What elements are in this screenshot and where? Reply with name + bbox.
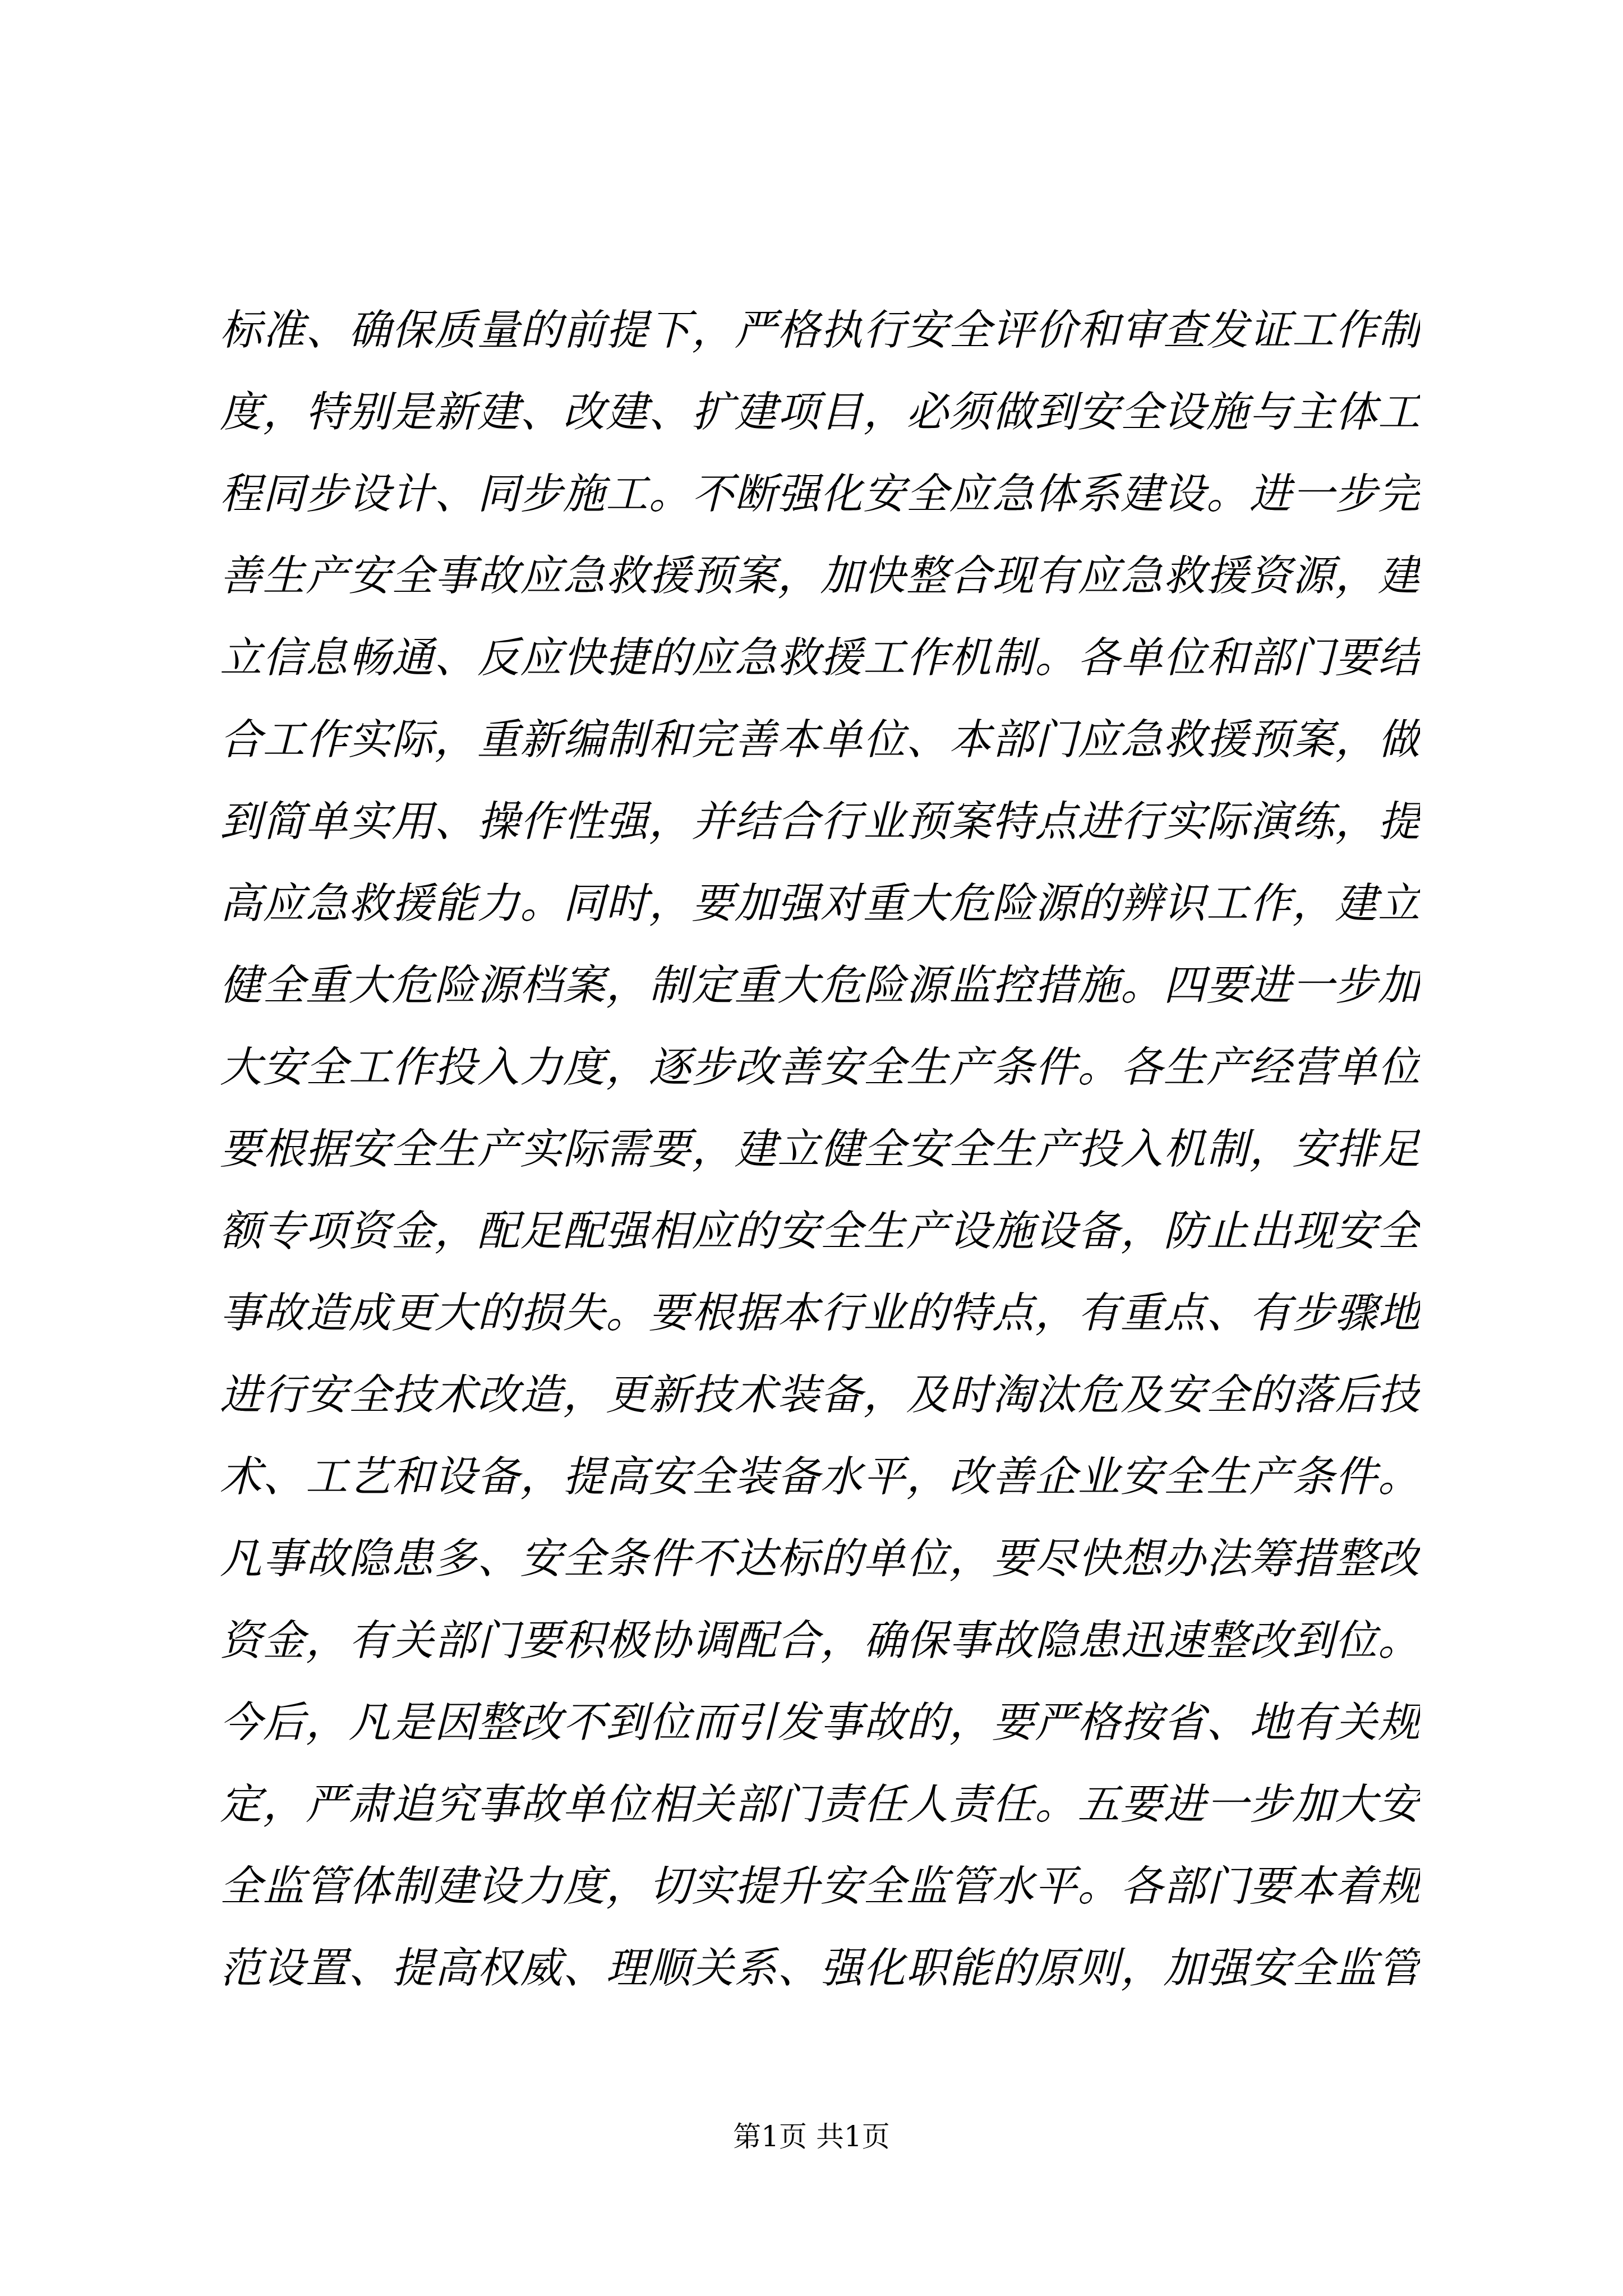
text-line: 资金，有关部门要积极协调配合，确保事故隐患迅速整改到位。 [220,1599,1420,1681]
body-text-block: 标准、确保质量的前提下，严格执行安全评价和审查发证工作制 度，特别是新建、改建、… [220,289,1420,2009]
text-line: 凡事故隐患多、安全条件不达标的单位，要尽快想办法筹措整改 [220,1517,1420,1599]
text-line: 事故造成更大的损失。要根据本行业的特点，有重点、有步骤地 [220,1272,1420,1354]
page-footer: 第1页 共1页 [0,2119,1623,2154]
text-line: 额专项资金，配足配强相应的安全生产设施设备，防止出现安全 [220,1190,1420,1272]
text-line: 到简单实用、操作性强，并结合行业预案特点进行实际演练，提 [220,780,1420,862]
text-line: 全监管体制建设力度，切实提升安全监管水平。各部门要本着规 [220,1845,1420,1927]
text-line: 进行安全技术改造，更新技术装备，及时淘汰危及安全的落后技 [220,1354,1420,1435]
text-line: 范设置、提高权威、理顺关系、强化职能的原则，加强安全监管 [220,1927,1420,2009]
text-line: 度，特别是新建、改建、扩建项目，必须做到安全设施与主体工 [220,371,1420,453]
text-line: 立信息畅通、反应快捷的应急救援工作机制。各单位和部门要结 [220,616,1420,698]
text-line: 术、工艺和设备，提高安全装备水平，改善企业安全生产条件。 [220,1435,1420,1517]
text-line: 程同步设计、同步施工。不断强化安全应急体系建设。进一步完 [220,453,1420,535]
text-line: 合工作实际，重新编制和完善本单位、本部门应急救援预案，做 [220,698,1420,780]
text-line: 健全重大危险源档案，制定重大危险源监控措施。四要进一步加 [220,944,1420,1026]
text-line: 定，严肃追究事故单位相关部门责任人责任。五要进一步加大安 [220,1763,1420,1845]
text-line: 善生产安全事故应急救援预案，加快整合现有应急救援资源，建 [220,535,1420,616]
text-line: 大安全工作投入力度，逐步改善安全生产条件。各生产经营单位 [220,1026,1420,1108]
document-page: 标准、确保质量的前提下，严格执行安全评价和审查发证工作制 度，特别是新建、改建、… [0,0,1623,2296]
text-line: 要根据安全生产实际需要，建立健全安全生产投入机制，安排足 [220,1108,1420,1190]
text-line: 高应急救援能力。同时，要加强对重大危险源的辨识工作，建立 [220,862,1420,944]
text-line: 标准、确保质量的前提下，严格执行安全评价和审查发证工作制 [220,289,1420,371]
text-line: 今后，凡是因整改不到位而引发事故的，要严格按省、地有关规 [220,1681,1420,1763]
